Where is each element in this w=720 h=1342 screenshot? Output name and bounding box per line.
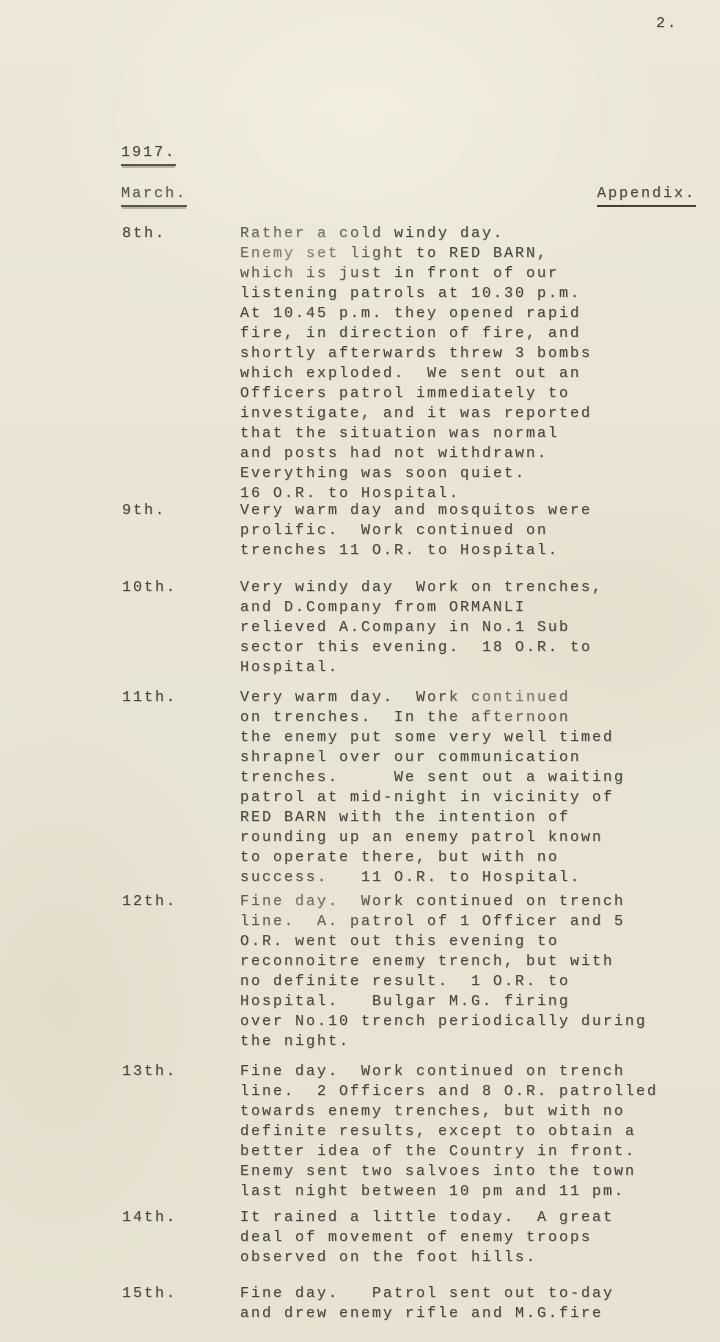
entry-text: Fine day. Work continued on trench line.…	[240, 892, 647, 1052]
entry-text: Fine day. Patrol sent out to-day and dre…	[240, 1284, 614, 1324]
month-heading: March.	[121, 184, 187, 207]
entry-date: 13th.	[122, 1062, 177, 1082]
entry-date: 9th.	[122, 501, 166, 521]
document-page: 2. 1917. March. Appendix. 8th. Rather a …	[0, 0, 720, 1342]
entry-date: 11th.	[122, 688, 177, 708]
entry-date: 8th.	[122, 224, 166, 244]
entry-date: 15th.	[122, 1284, 177, 1304]
entry-date: 14th.	[122, 1208, 177, 1228]
entry-text: Rather a cold windy day. Enemy set light…	[240, 224, 592, 504]
entry-text: It rained a little today. A great deal o…	[240, 1208, 614, 1268]
entry-date: 12th.	[122, 892, 177, 912]
entry-text: Very warm day and mosquitos were prolifi…	[240, 501, 592, 561]
appendix-heading: Appendix.	[597, 184, 696, 207]
page-number: 2.	[656, 14, 678, 34]
year-heading: 1917.	[121, 143, 176, 166]
entry-text: Fine day. Work continued on trench line.…	[240, 1062, 658, 1202]
entry-text: Very warm day. Work continued on trenche…	[240, 688, 625, 888]
entry-date: 10th.	[122, 578, 177, 598]
entry-text: Very windy day Work on trenches, and D.C…	[240, 578, 603, 678]
